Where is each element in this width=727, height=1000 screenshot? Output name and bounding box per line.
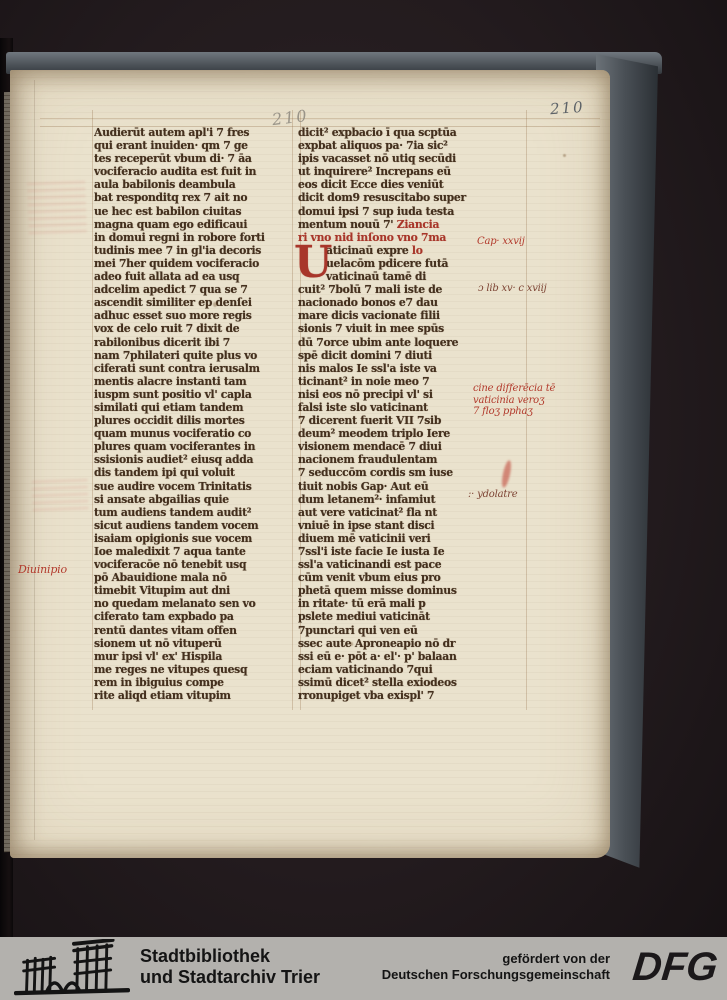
margin-note-lib: ɔ lib xv· c xviij xyxy=(478,283,547,295)
body-text: aticinaū expre xyxy=(326,244,412,257)
manuscript-line: mur ipsi vl' ex' Hispila xyxy=(94,650,292,663)
manuscript-line: si ansate abgailias quie xyxy=(94,493,292,506)
manuscript-line: plures occidit dilis mortes xyxy=(94,414,292,427)
page-number-pencil-corner: 210 xyxy=(549,98,585,118)
manuscript-line: nis malos Ie ssl'a iste va xyxy=(298,362,526,375)
ruling-line xyxy=(292,110,293,710)
manuscript-line: sue audire vocem Trinitatis xyxy=(94,480,292,493)
manuscript-line: mei 7her quidem vociferacio xyxy=(94,257,292,270)
manuscript-line: nacionem fraudulentam xyxy=(298,453,526,466)
manuscript-line: qui erant inuiden· qm 7 ge xyxy=(94,139,292,152)
manuscript-line: ue hec est babilon ciuitas xyxy=(94,205,292,218)
manuscript-line: pō Abauidione mala nō xyxy=(94,571,292,584)
manuscript-line: ssisionis audiet² eiusq adda xyxy=(94,453,292,466)
margin-note-line: cine differēcia tē xyxy=(473,383,555,395)
manuscript-line: eciam vaticinando 7qui xyxy=(298,663,526,676)
manuscript-line: vaticinaū tamē di xyxy=(298,270,526,283)
stain-spot xyxy=(563,154,566,157)
manuscript-line: aula babilonis deambula xyxy=(94,178,292,191)
manuscript-line: tes receperūt vbum di· 7 āa xyxy=(94,152,292,165)
margin-note-ydolatre: :· ydolatre xyxy=(468,489,517,501)
manuscript-line: aut vere vaticinat² fla nt xyxy=(298,506,526,519)
manuscript-line: deum² meodem triplo Iere xyxy=(298,427,526,440)
offset-smudge-lower xyxy=(31,479,88,511)
rubric-text: Ziancia xyxy=(397,218,439,231)
manuscript-line: sicut audiens tandem vocem xyxy=(94,519,292,532)
porta-nigra-icon xyxy=(14,939,130,997)
manuscript-line: bat responditq rex 7 ait no xyxy=(94,191,292,204)
body-text: mentum nouū 7' xyxy=(298,218,397,231)
manuscript-line: rem in ibiguius compe xyxy=(94,676,292,689)
manuscript-line: rite aliqd etiam vitupim xyxy=(94,689,292,702)
manuscript-line: vociferacio audita est fuit in xyxy=(94,165,292,178)
manuscript-line: nam 7philateri quite plus vo xyxy=(94,349,292,362)
manuscript-line: dicit² expbacio ī qua scptūa xyxy=(298,126,526,139)
manuscript-line: timebit Vitupim aut dni xyxy=(94,584,292,597)
dfg-logo: DFG xyxy=(630,945,719,990)
manuscript-line: mentis alacre instanti tam xyxy=(94,375,292,388)
manuscript-line: plures quam vociferantes in xyxy=(94,440,292,453)
manuscript-line: dicit dom9 resuscitabo super xyxy=(298,191,526,204)
manuscript-line: nacionado bonos e7 dau xyxy=(298,296,526,309)
manuscript-line: vociferacōe nō tenebit usq xyxy=(94,558,292,571)
manuscript-line: vniuē in ipse stant disci xyxy=(298,519,526,532)
manuscript-line: Ioe maledixit 7 aqua tante xyxy=(94,545,292,558)
manuscript-line: ciferati sunt contra ierusalm xyxy=(94,362,292,375)
funding-line1: gefördert von der xyxy=(382,951,610,967)
manuscript-line: mentum nouū 7' Ziancia xyxy=(298,218,526,231)
footer-banner: Stadtbibliothek und Stadtarchiv Trier ge… xyxy=(0,937,727,1000)
manuscript-line: mare dicis vacionate filii xyxy=(298,309,526,322)
manuscript-line: iuspm sunt positio vl' capla xyxy=(94,388,292,401)
manuscript-line: adeo fuit allata ad ea usq xyxy=(94,270,292,283)
manuscript-line: 7 seduccōm cordis sm iuse xyxy=(298,466,526,479)
manuscript-line: me reges ne vitupes quesq xyxy=(94,663,292,676)
manuscript-line: 7punctari qui ven eū xyxy=(298,624,526,637)
manuscript-line: diuem mē vaticinii veri xyxy=(298,532,526,545)
manuscript-line: isaiam opigionis sue vocem xyxy=(94,532,292,545)
manuscript-line: spē dicit domini 7 diuti xyxy=(298,349,526,362)
manuscript-line: ssl'a vaticinandi est pace xyxy=(298,558,526,571)
drop-cap-initial: U xyxy=(294,243,326,285)
manuscript-line: domui ipsi 7 sup iuda testa xyxy=(298,205,526,218)
manuscript-line: rentū dantes vitam offen xyxy=(94,624,292,637)
offset-smudge-upper xyxy=(27,181,87,237)
manuscript-line: quam munus vociferatio co xyxy=(94,427,292,440)
manuscript-line: sionem ut nō vituperū xyxy=(94,637,292,650)
manuscript-line: dū 7orce ubim ante loquere xyxy=(298,336,526,349)
manuscript-line: cūm venit vbum eius pro xyxy=(298,571,526,584)
margin-note-differencia: cine differēcia tēvaticinia veroʒ7 floʒ … xyxy=(473,383,555,418)
text-column-left: Audierūt autem apl'i 7 fresqui erant inu… xyxy=(94,126,292,702)
manuscript-line: rabilonibus dicerit ibi 7 xyxy=(94,336,292,349)
manuscript-line: ciferato tam expbado pa xyxy=(94,610,292,623)
manuscript-line: sionis 7 viuit in mee spūs xyxy=(298,322,526,335)
library-name-line1: Stadtbibliothek xyxy=(140,946,320,967)
funding-credit: gefördert von der Deutschen Forschungsge… xyxy=(382,951,610,983)
margin-note-line: 7 floʒ pphaʒ xyxy=(473,406,555,418)
manuscript-line: ssimū dicet² stella exiodeos xyxy=(298,676,526,689)
manuscript-line: ssec aute Aproneapio nō dr xyxy=(298,637,526,650)
manuscript-page: 210 210 Audierūt autem apl'i 7 fresqui e… xyxy=(10,70,610,858)
margin-note-cap: Cap· xxvij xyxy=(477,236,525,248)
manuscript-line: dis tandem ipi qui voluit xyxy=(94,466,292,479)
ruling-line xyxy=(92,110,93,710)
manuscript-line: no quedam melanato sen vo xyxy=(94,597,292,610)
manuscript-line: expbat aliquos pa· 7ia sic² xyxy=(298,139,526,152)
manuscript-line: ascendit similiter ep denſei xyxy=(94,296,292,309)
library-name: Stadtbibliothek und Stadtarchiv Trier xyxy=(140,946,320,988)
manuscript-line: ssi eū e· pōt a· el'· p' balaan xyxy=(298,650,526,663)
manuscript-line: similati qui etiam tandem xyxy=(94,401,292,414)
manuscript-line: visionem mendacē 7 diui xyxy=(298,440,526,453)
stain-spot xyxy=(350,642,353,646)
manuscript-line: ipis vacasset nō utiq secūdi xyxy=(298,152,526,165)
library-name-line2: und Stadtarchiv Trier xyxy=(140,967,320,988)
manuscript-line: phetā quem misse dominus xyxy=(298,584,526,597)
manuscript-line: eos dicit Ecce dies veniūt xyxy=(298,178,526,191)
manuscript-line: in ritate· tū erā mali p xyxy=(298,597,526,610)
funding-line2: Deutschen Forschungsgemeinschaft xyxy=(382,967,610,983)
manuscript-line: 7ssl'i iste facie Ie iusta Ie xyxy=(298,545,526,558)
manuscript-line: Audierūt autem apl'i 7 fres xyxy=(94,126,292,139)
manuscript-line: adhuc esset suo more regis xyxy=(94,309,292,322)
stain-spot xyxy=(213,302,217,307)
manuscript-line: uelacōm pdicere futā xyxy=(298,257,526,270)
manuscript-line: adcelim apedict 7 qua se 7 xyxy=(94,283,292,296)
manuscript-line: in domui regni in robore forti xyxy=(94,231,292,244)
rubric-text: lo xyxy=(412,244,423,257)
manuscript-line: ut inquirere² Increpans eū xyxy=(298,165,526,178)
manuscript-line: magna quam ego edificaui xyxy=(94,218,292,231)
manuscript-line: vox de celo ruit 7 dixit de xyxy=(94,322,292,335)
margin-note-line: vaticinia veroʒ xyxy=(473,395,555,407)
manuscript-line: pslete mediui vaticināt xyxy=(298,610,526,623)
manuscript-line: rronupiget vba exispl' 7 xyxy=(298,689,526,702)
manuscript-line: tum audiens tandem audit² xyxy=(94,506,292,519)
ruling-line xyxy=(40,118,600,119)
manuscript-line: tudinis mee 7 in gl'ia decoris xyxy=(94,244,292,257)
margin-note-diuinipio: Diuinipio xyxy=(18,564,67,576)
